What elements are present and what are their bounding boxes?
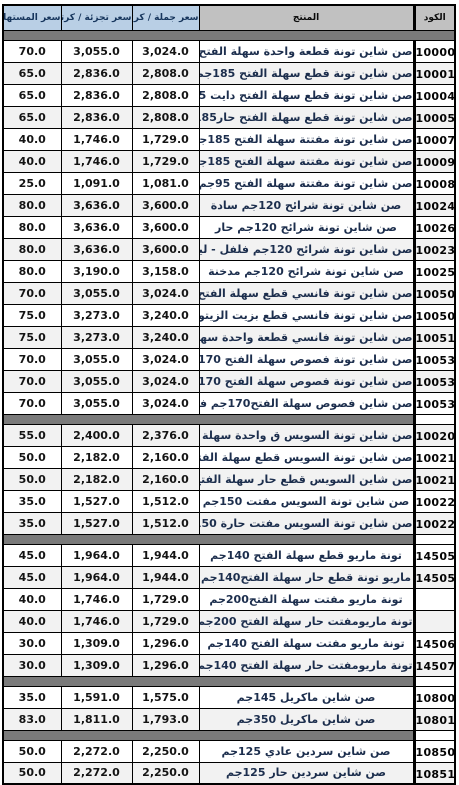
cell-consumer: 35.0 [3,512,61,534]
table-row: 100530صن شاين تونة فصوص سهلة الفتح 170جم… [3,348,455,370]
table-row: 100215صن شاين السويس قطع حار سهلة الفتح … [3,468,455,490]
cell-product: صن شاين تونة السويس قطع سهلة الفتح 150جم [199,446,414,468]
cell-consumer: 30.0 [3,632,61,654]
cell-wholesale: 3,240.0 [132,304,199,326]
cell-code: 108510 [414,762,455,784]
cell-consumer: 50.0 [3,762,61,784]
cell-retail: 2,836.0 [61,106,132,128]
cell-wholesale: 1,512.0 [132,512,199,534]
cell-retail: 1,527.0 [61,512,132,534]
table-row: 100505صن شاين تونة فانسي قطع بزيت الزيتو… [3,304,455,326]
cell-product: صن شاين فصوص سهلة الفتح170جم فلفل-ليمون [199,392,414,414]
cell-wholesale: 1,729.0 [132,610,199,632]
cell-wholesale: 1,729.0 [132,150,199,172]
cell-product: صن شاين تونة السويس مفتت 150جم [199,490,414,512]
cell-product: صن شاين تونة مفتتة سهلة الفتح 95جم [199,172,414,194]
cell-code: 100531 [414,370,455,392]
cell-retail: 3,273.0 [61,326,132,348]
table-row: 100050صن شاين تونة قطع سهلة الفتح حار185… [3,106,455,128]
cell-retail: 3,055.0 [61,348,132,370]
cell-code: 100230 [414,238,455,260]
cell-product: صن شاين تونة قطع سهلة الفتح 185جم [199,62,414,84]
cell-retail: 1,091.0 [61,172,132,194]
cell-wholesale: 1,575.0 [132,686,199,708]
cell-wholesale: 2,250.0 [132,762,199,784]
cell-retail: 2,272.0 [61,740,132,762]
cell-wholesale: 3,024.0 [132,392,199,414]
cell-code [414,610,455,632]
cell-product: صن شاين تونة فانسي قطع سهلة الفتح 170جم [199,282,414,304]
cell-consumer: 55.0 [3,424,61,446]
table-row: 108510صن شاين سردين حار 125جم2,250.02,27… [3,762,455,784]
cell-product: صن شاين تونة قطعة واحدة سهلة الفتح 200جم [199,40,414,62]
cell-consumer: 65.0 [3,84,61,106]
cell-consumer: 80.0 [3,216,61,238]
cell-code: 145075 [414,654,455,676]
cell-retail: 2,182.0 [61,446,132,468]
cell-consumer: 25.0 [3,172,61,194]
cell-product: صن شاين تونة فانسي قطعة واحدة سهلة الفتح… [199,326,414,348]
cell-product: ماريو تونة قطع حار سهلة الفتح140جم [199,566,414,588]
table-row: 100001صن شاين تونة قطعة واحدة سهلة الفتح… [3,40,455,62]
price-table: الكودالمنتجسعر جملة / كرتونةسعر تجزئة / … [2,4,456,785]
cell-consumer: 83.0 [3,708,61,730]
cell-product: صن شاين تونة شرائح 120جم مدخنة [199,260,414,282]
table-row: 108500صن شاين سردين عادي 125جم2,250.02,2… [3,740,455,762]
table-row: 100070صن شاين تونة مفتتة سهلة الفتح 185ج… [3,128,455,150]
cell-code: 108000 [414,686,455,708]
column-header-consumer: سعر المستهلك [3,5,61,30]
cell-wholesale: 3,024.0 [132,40,199,62]
cell-consumer: 80.0 [3,194,61,216]
cell-retail: 1,746.0 [61,610,132,632]
cell-consumer: 75.0 [3,326,61,348]
separator-code-cell [414,730,455,740]
cell-product: صن شاين تونة السويس ق واحدة سهلة الفتح 1… [199,424,414,446]
cell-retail: 2,272.0 [61,762,132,784]
cell-retail: 3,190.0 [61,260,132,282]
cell-consumer: 75.0 [3,304,61,326]
cell-product: صن شاين تونة فصوص سهلة الفتح 170جم حار [199,370,414,392]
cell-retail: 1,964.0 [61,566,132,588]
cell-consumer: 70.0 [3,370,61,392]
header-row: الكودالمنتجسعر جملة / كرتونةسعر تجزئة / … [3,5,455,30]
cell-consumer: 45.0 [3,566,61,588]
cell-consumer: 40.0 [3,610,61,632]
cell-code: 100200 [414,424,455,446]
cell-product: صن شاين تونة شرائح 120جم فلفل - ليمون [199,238,414,260]
cell-retail: 1,591.0 [61,686,132,708]
cell-product: صن شاين تونة شرائح 120جم حار [199,216,414,238]
separator-code-cell [414,534,455,544]
table-row: 100090صن شاين تونة مفتتة سهلة الفتح 185ج… [3,150,455,172]
table-row: 100085صن شاين تونة مفتتة سهلة الفتح 95جم… [3,172,455,194]
cell-consumer: 40.0 [3,150,61,172]
cell-wholesale: 2,160.0 [132,446,199,468]
cell-wholesale: 3,600.0 [132,194,199,216]
cell-retail: 3,273.0 [61,304,132,326]
cell-wholesale: 3,024.0 [132,348,199,370]
cell-wholesale: 3,158.0 [132,260,199,282]
cell-wholesale: 1,793.0 [132,708,199,730]
cell-code: 100010 [414,62,455,84]
cell-wholesale: 1,081.0 [132,172,199,194]
cell-code: 100510 [414,326,455,348]
column-header-retail: سعر تجزئة / كرتونة [61,5,132,30]
group-separator-row [3,534,455,544]
cell-wholesale: 2,808.0 [132,84,199,106]
cell-code: 100530 [414,348,455,370]
cell-consumer: 70.0 [3,40,61,62]
cell-retail: 1,309.0 [61,632,132,654]
table-row: 100260صن شاين تونة شرائح 120جم حار3,600.… [3,216,455,238]
cell-consumer: 30.0 [3,654,61,676]
cell-wholesale: 3,240.0 [132,326,199,348]
cell-wholesale: 1,512.0 [132,490,199,512]
column-header-code: الكود [414,5,455,30]
table-row: 100200صن شاين تونة السويس ق واحدة سهلة ا… [3,424,455,446]
separator-bar [3,730,414,740]
table-row: تونة ماريو مفتت سهلة الفتح200جم1,729.01,… [3,588,455,610]
cell-product: صن شاين ماكريل 145جم [199,686,414,708]
cell-product: صن شاين تونة فانسي قطع بزيت الزيتون185جم [199,304,414,326]
cell-retail: 2,400.0 [61,424,132,446]
cell-product: تونة ماريو قطع سهلة الفتح 140جم [199,544,414,566]
cell-wholesale: 2,376.0 [132,424,199,446]
cell-wholesale: 1,296.0 [132,632,199,654]
column-header-wholesale: سعر جملة / كرتونة [132,5,199,30]
price-list-page: الكودالمنتجسعر جملة / كرتونةسعر تجزئة / … [0,0,459,785]
cell-code: 100532 [414,392,455,414]
cell-retail: 2,836.0 [61,84,132,106]
cell-product: صن شاين تونة السويس مفتت حارة 150جم [199,512,414,534]
cell-product: صن شاين تونة فصوص سهلة الفتح 170جم [199,348,414,370]
table-row: 100010صن شاين تونة قطع سهلة الفتح 185جم2… [3,62,455,84]
cell-wholesale: 2,808.0 [132,62,199,84]
table-row: 100532صن شاين فصوص سهلة الفتح170جم فلفل-… [3,392,455,414]
cell-consumer: 65.0 [3,106,61,128]
cell-product: صن شاين تونة شرائح 120جم سادة [199,194,414,216]
cell-wholesale: 2,160.0 [132,468,199,490]
table-header: الكودالمنتجسعر جملة / كرتونةسعر تجزئة / … [3,5,455,30]
cell-consumer: 35.0 [3,686,61,708]
cell-wholesale: 3,600.0 [132,216,199,238]
cell-consumer: 65.0 [3,62,61,84]
group-separator-row [3,676,455,686]
table-row: 100240صن شاين تونة شرائح 120جم سادة3,600… [3,194,455,216]
cell-retail: 1,746.0 [61,128,132,150]
cell-retail: 2,836.0 [61,62,132,84]
table-row: 100210صن شاين تونة السويس قطع سهلة الفتح… [3,446,455,468]
cell-retail: 3,055.0 [61,40,132,62]
cell-consumer: 80.0 [3,238,61,260]
cell-product: صن شاين تونة مفتتة سهلة الفتح 185جم [199,128,414,150]
cell-code: 100240 [414,194,455,216]
cell-consumer: 70.0 [3,392,61,414]
group-separator-row [3,414,455,424]
cell-product: صن شاين سردين عادي 125جم [199,740,414,762]
cell-code: 100001 [414,40,455,62]
cell-code: 145050 [414,544,455,566]
separator-code-cell [414,414,455,424]
cell-retail: 1,964.0 [61,544,132,566]
separator-code-cell [414,676,455,686]
table-row: 100225صن شاين تونة السويس مفتت حارة 150ج… [3,512,455,534]
group-separator-row [3,730,455,740]
cell-consumer: 50.0 [3,740,61,762]
cell-retail: 1,746.0 [61,150,132,172]
cell-product: صن شاين السويس قطع حار سهلة الفتح 150جم [199,468,414,490]
table-row: 145065تونة ماريو مفتت سهلة الفتح 140جم1,… [3,632,455,654]
cell-code: 100225 [414,512,455,534]
cell-code: 145065 [414,632,455,654]
cell-consumer: 70.0 [3,348,61,370]
table-row: 100500صن شاين تونة فانسي قطع سهلة الفتح … [3,282,455,304]
separator-bar [3,676,414,686]
cell-wholesale: 1,944.0 [132,566,199,588]
table-row: 145055ماريو تونة قطع حار سهلة الفتح140جم… [3,566,455,588]
table-row: 100230صن شاين تونة شرائح 120جم فلفل - لي… [3,238,455,260]
cell-retail: 1,746.0 [61,588,132,610]
cell-wholesale: 3,024.0 [132,282,199,304]
cell-product: صن شاين سردين حار 125جم [199,762,414,784]
cell-code: 108010 [414,708,455,730]
cell-retail: 3,055.0 [61,370,132,392]
cell-code: 100215 [414,468,455,490]
table-row: 145050تونة ماريو قطع سهلة الفتح 140جم1,9… [3,544,455,566]
cell-code: 100070 [414,128,455,150]
cell-wholesale: 1,729.0 [132,128,199,150]
table-row: 100220صن شاين تونة السويس مفتت 150جم1,51… [3,490,455,512]
cell-retail: 3,636.0 [61,238,132,260]
separator-bar [3,534,414,544]
table-row: 108010صن شاين ماكريل 350جم1,793.01,811.0… [3,708,455,730]
cell-code: 100085 [414,172,455,194]
separator-bar [3,414,414,424]
cell-retail: 1,811.0 [61,708,132,730]
cell-retail: 3,636.0 [61,216,132,238]
cell-consumer: 40.0 [3,588,61,610]
cell-code: 100500 [414,282,455,304]
cell-retail: 3,636.0 [61,194,132,216]
cell-product: تونة ماريومفتت حار سهلة الفتح 200جم [199,610,414,632]
cell-consumer: 50.0 [3,446,61,468]
separator-bar [3,30,455,40]
cell-product: صن شاين تونة مفتتة سهلة الفتح 185جم حارة [199,150,414,172]
cell-consumer: 45.0 [3,544,61,566]
cell-code: 100090 [414,150,455,172]
cell-code: 108500 [414,740,455,762]
cell-consumer: 80.0 [3,260,61,282]
header-separator-row [3,30,455,40]
table-row: 100250صن شاين تونة شرائح 120جم مدخنة3,15… [3,260,455,282]
cell-code: 100505 [414,304,455,326]
cell-product: صن شاين تونة قطع سهلة الفتح حار185جم [199,106,414,128]
cell-code: 100260 [414,216,455,238]
cell-code: 145055 [414,566,455,588]
cell-wholesale: 2,808.0 [132,106,199,128]
cell-retail: 1,527.0 [61,490,132,512]
cell-retail: 1,309.0 [61,654,132,676]
cell-product: تونة ماريو مفتت سهلة الفتح200جم [199,588,414,610]
cell-product: تونة ماريو مفتت سهلة الفتح 140جم [199,632,414,654]
cell-code [414,588,455,610]
table-row: 108000صن شاين ماكريل 145جم1,575.01,591.0… [3,686,455,708]
cell-product: تونة ماريومفتت حار سهلة الفتح 140جم [199,654,414,676]
cell-consumer: 35.0 [3,490,61,512]
table-row: تونة ماريومفتت حار سهلة الفتح 200جم1,729… [3,610,455,632]
table-row: 145075تونة ماريومفتت حار سهلة الفتح 140ج… [3,654,455,676]
table-row: 100531صن شاين تونة فصوص سهلة الفتح 170جم… [3,370,455,392]
cell-code: 100040 [414,84,455,106]
cell-code: 100220 [414,490,455,512]
table-row: 100510صن شاين تونة فانسي قطعة واحدة سهلة… [3,326,455,348]
table-row: 100040صن شاين تونة قطع سهلة الفتح دايت 1… [3,84,455,106]
table-body: 100001صن شاين تونة قطعة واحدة سهلة الفتح… [3,30,455,784]
cell-code: 100250 [414,260,455,282]
cell-consumer: 70.0 [3,282,61,304]
column-header-product: المنتج [199,5,414,30]
cell-consumer: 50.0 [3,468,61,490]
cell-wholesale: 3,024.0 [132,370,199,392]
cell-retail: 3,055.0 [61,392,132,414]
cell-code: 100210 [414,446,455,468]
cell-wholesale: 1,296.0 [132,654,199,676]
cell-product: صن شاين ماكريل 350جم [199,708,414,730]
cell-retail: 2,182.0 [61,468,132,490]
cell-wholesale: 1,729.0 [132,588,199,610]
cell-wholesale: 1,944.0 [132,544,199,566]
cell-wholesale: 3,600.0 [132,238,199,260]
cell-code: 100050 [414,106,455,128]
cell-consumer: 40.0 [3,128,61,150]
cell-product: صن شاين تونة قطع سهلة الفتح دايت 185جم [199,84,414,106]
cell-wholesale: 2,250.0 [132,740,199,762]
cell-retail: 3,055.0 [61,282,132,304]
